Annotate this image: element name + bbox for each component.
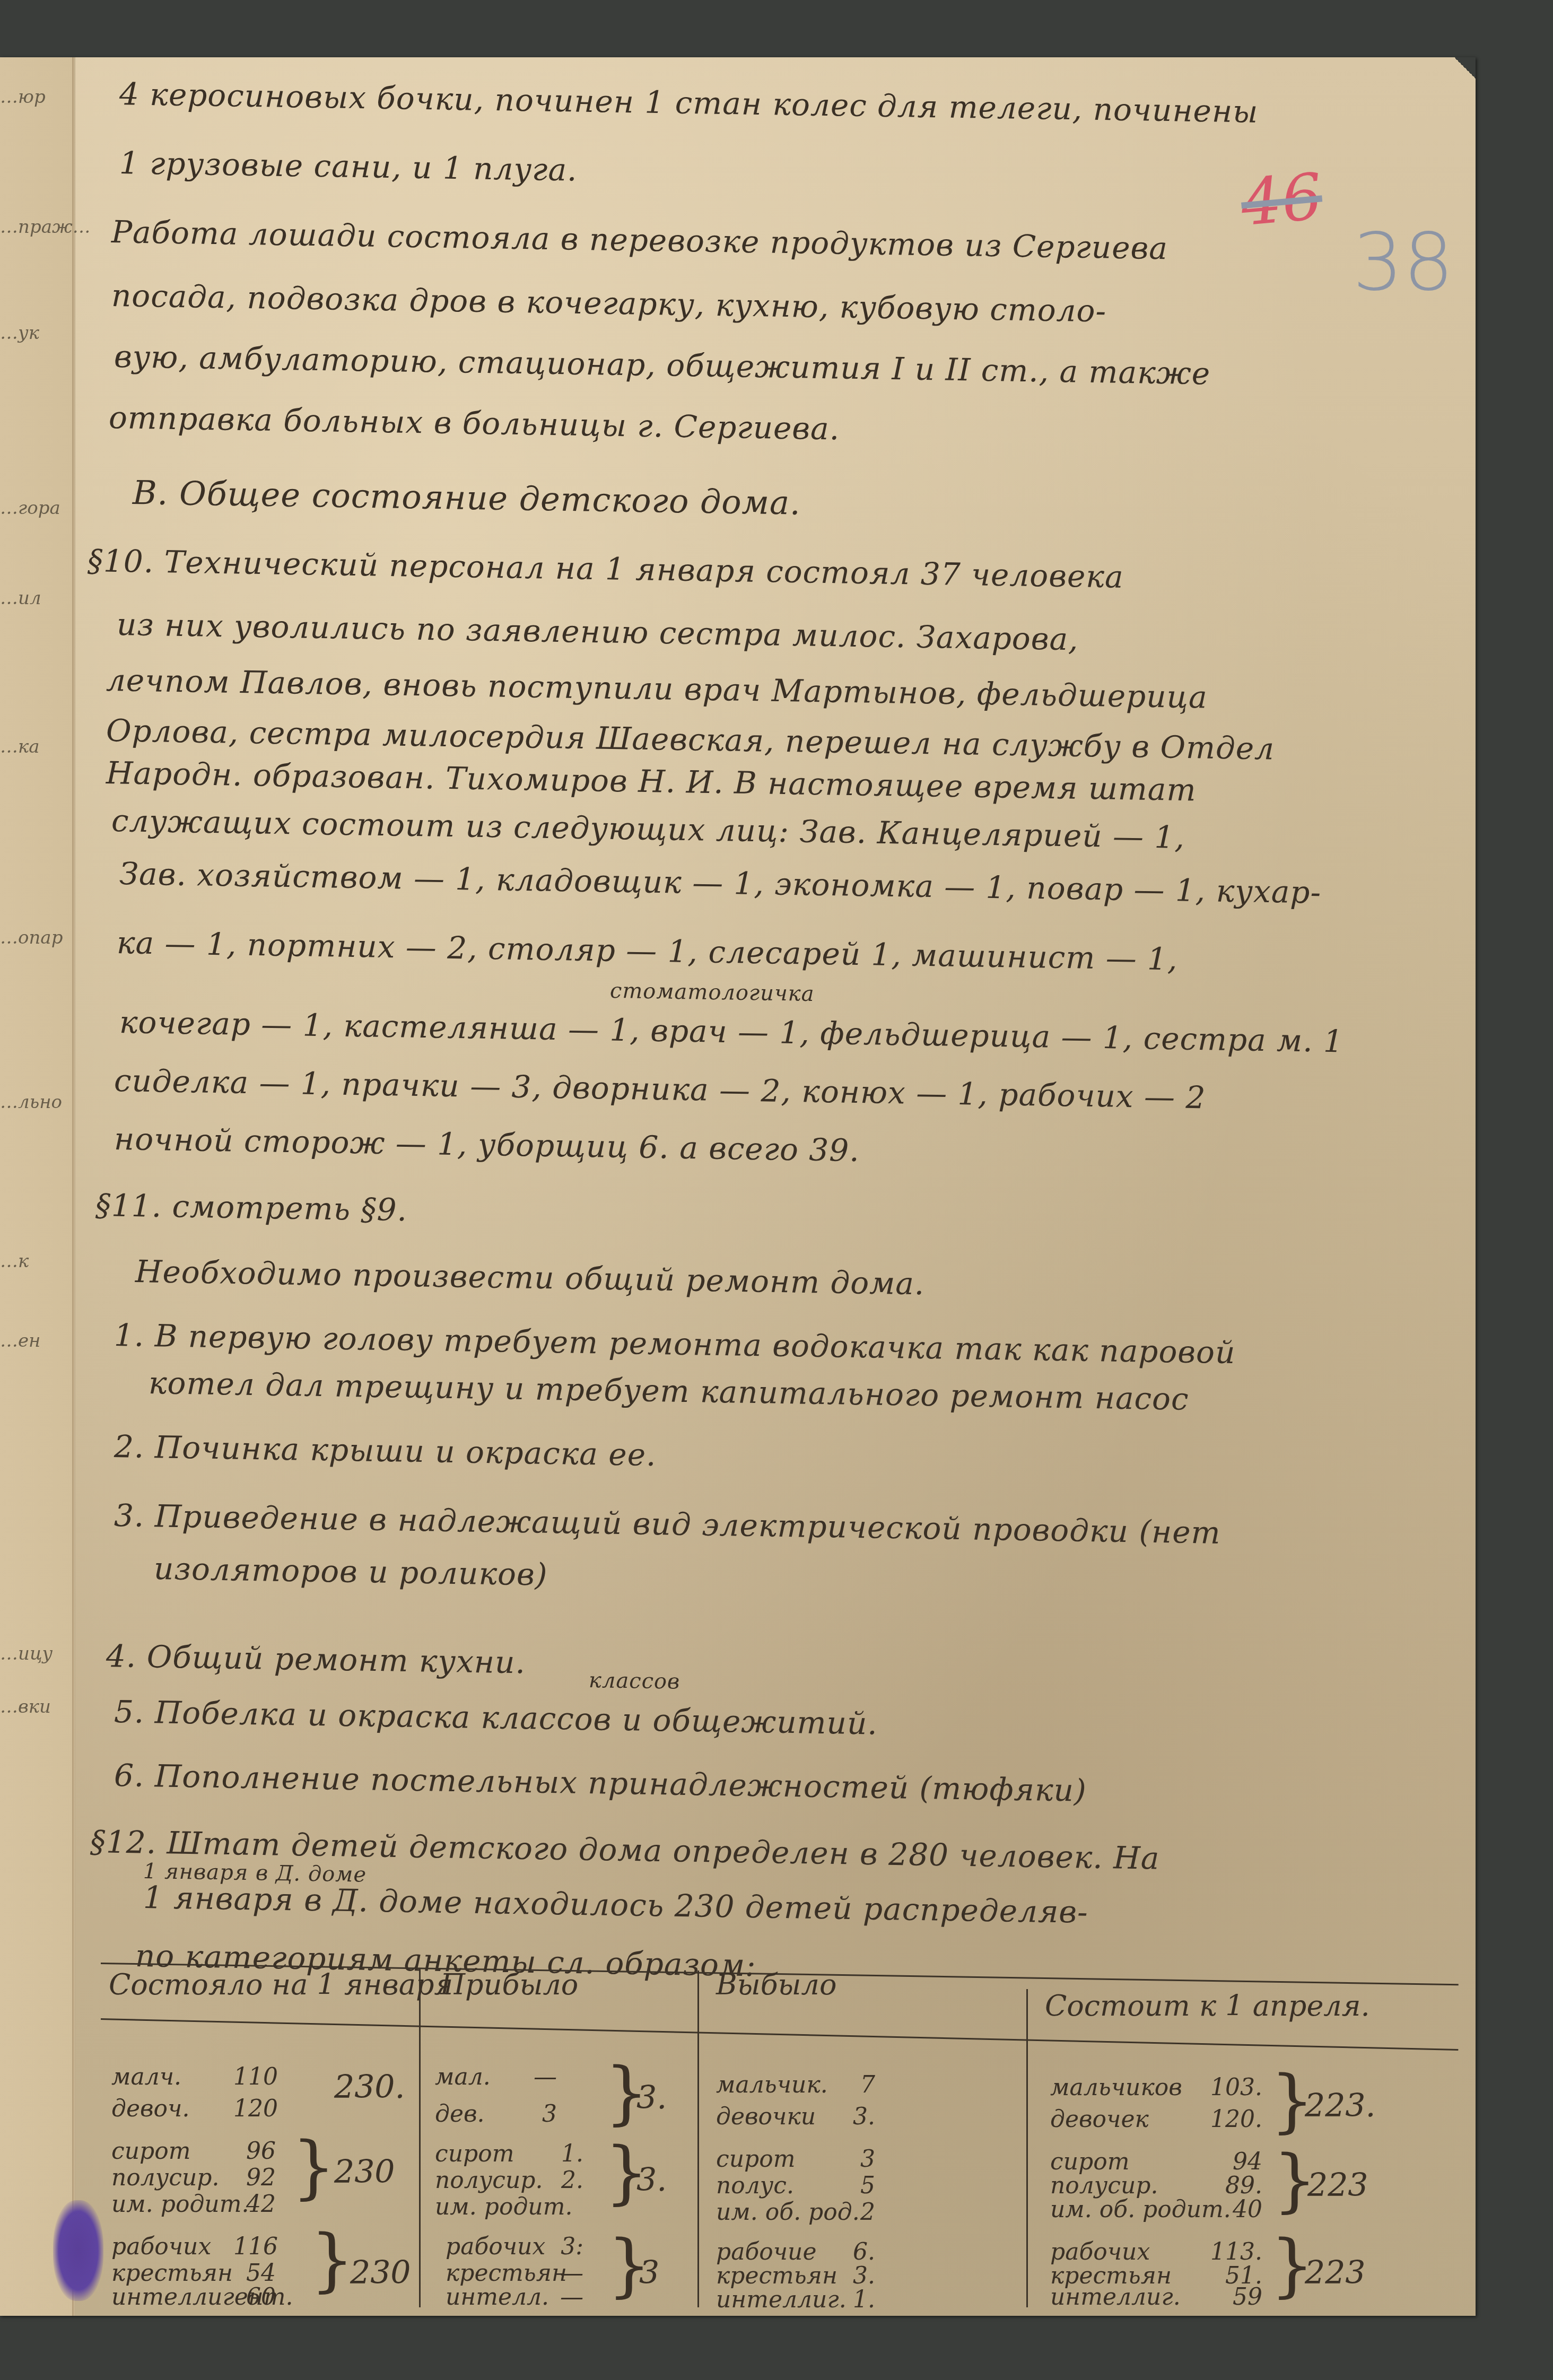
ink-stamp-blot [53, 2200, 103, 2301]
brace: } [310, 2225, 354, 2294]
margin-fragment: …гора [0, 498, 60, 519]
group-total: 3 [639, 2254, 659, 2291]
text-line: кочегар — 1, кастелянша — 1, врач — 1, ф… [119, 1007, 1344, 1057]
folio-number: 38 [1353, 216, 1454, 309]
table-header-line [101, 2018, 1458, 2051]
brace: } [292, 2132, 336, 2201]
inserted-word: стоматологичка [610, 980, 815, 1005]
group-total: 230 [334, 2154, 395, 2191]
table-row: сирот96 [111, 2138, 276, 2165]
text-line: лечпом Павлов, вновь поступили врач Март… [106, 665, 1208, 713]
header-arrived: Прибыло [440, 1968, 578, 2001]
margin-fragment: …льно [0, 1092, 62, 1113]
text-line: 4 керосиновых бочки, починен 1 стан коле… [119, 79, 1259, 127]
text-line: отправка больных в больницы г. Сергиева. [109, 402, 840, 444]
table-row: сирот94 [1050, 2148, 1262, 2175]
text-line: ка — 1, портних — 2, столяр — 1, слесаре… [117, 927, 1178, 974]
text-line: посада, подвозка дров в кочегарку, кухню… [111, 280, 1107, 326]
list-item: 1. В первую голову требует ремонта водок… [114, 1320, 1236, 1368]
table-row: интелл.— [446, 2283, 583, 2311]
margin-fragment: …ил [0, 588, 41, 609]
header-by-april: Состоит к 1 апреля. [1045, 1989, 1370, 2022]
list-item: 2. Починка крыши и окраска ее. [114, 1431, 657, 1470]
table-row: интеллиг.1. [716, 2286, 875, 2313]
table-row: мал.— [435, 2063, 557, 2090]
table-row: рабочих113. [1050, 2238, 1262, 2265]
text-line: Зав. хозяйством — 1, кладовщик — 1, экон… [119, 858, 1322, 908]
table-row: крестьян54 [111, 2260, 276, 2287]
list-item: 6. Пополнение постельных принадлежностей… [114, 1760, 1087, 1806]
page-fold [72, 57, 74, 2316]
margin-fragment: …праж… [0, 216, 91, 238]
adjacent-page-strip [0, 57, 75, 2316]
text-line: Работа лошади состояла в перевозке проду… [111, 216, 1168, 264]
text-line: Народн. образован. Тихомиров Н. И. В нас… [106, 757, 1197, 805]
table-row: им. родит.42 [111, 2191, 276, 2218]
table-row: им. родит. [435, 2193, 583, 2220]
margin-fragment: …ицу [0, 1643, 53, 1664]
table-row: мальчиков103. [1050, 2074, 1262, 2101]
text-line: из них уволились по заявлению сестра мил… [117, 609, 1079, 655]
table-row: крестьян— [446, 2260, 583, 2287]
group-total: 230. [334, 2069, 405, 2106]
margin-fragment: …ен [0, 1330, 41, 1352]
margin-fragment: …ка [0, 736, 40, 757]
table-row: рабочие6. [716, 2238, 875, 2265]
list-item: 4. Общий ремонт кухни. [106, 1641, 526, 1678]
text-line: сиделка — 1, прачки — 3, дворника — 2, к… [114, 1065, 1206, 1113]
children-count-table: Состояло на 1 января Прибыло Выбыло Сост… [101, 1957, 1459, 2307]
column-divider [419, 1968, 421, 2307]
text-line: 1 января в Д. доме находилось 230 детей … [143, 1882, 1089, 1928]
table-row: полусир.92 [111, 2164, 276, 2191]
table-row: девоч.120 [111, 2095, 276, 2122]
group-total: 223. [1305, 2087, 1376, 2124]
group-total: 3. [636, 2161, 667, 2199]
table-row: мальчик.7 [716, 2071, 875, 2098]
text-line: котел дал трещину и требует капитального… [149, 1367, 1189, 1415]
paragraph-11: §11. смотреть §9. [95, 1190, 408, 1225]
table-row: крестьян3. [716, 2262, 875, 2289]
table-row: им. об. родит.40 [1050, 2196, 1262, 2223]
text-line: Орлова, сестра милосердия Шаевская, пере… [106, 715, 1275, 764]
paragraph-10: §10. Технический персонал на 1 января со… [88, 545, 1124, 592]
table-row: интеллиг.59 [1050, 2283, 1262, 2311]
folio-number-old: 46 [1238, 160, 1325, 241]
margin-fragment: …опар [0, 927, 63, 948]
header-departed: Выбыло [716, 1968, 837, 2001]
margin-fragment: …к [0, 1251, 29, 1272]
table-row: полусир.2. [435, 2167, 583, 2194]
text-line: служащих состоит из следующих лиц: Зав. … [111, 805, 1185, 853]
group-total: 223 [1307, 2167, 1368, 2204]
table-row: полусир.89. [1050, 2172, 1262, 2199]
group-total: 223 [1305, 2254, 1366, 2291]
margin-fragment: …вки [0, 1696, 51, 1718]
text-line: 1 грузовые сани, и 1 плуга. [119, 147, 578, 186]
table-row: сирот3 [716, 2146, 875, 2173]
section-heading: В. Общее состояние детского дома. [133, 476, 801, 520]
table-row: сирот1. [435, 2140, 583, 2167]
table-row: им. об. род.2 [716, 2199, 875, 2226]
text-line: вую, амбулаторию, стационар, общежития I… [114, 341, 1211, 389]
margin-fragment: …ук [0, 322, 39, 344]
table-row: рабочих3: [446, 2233, 583, 2260]
table-row: девочки3. [716, 2103, 875, 2130]
table-row: дев.3 [435, 2100, 557, 2128]
margin-fragment: …юр [0, 86, 46, 108]
list-item: 3. Приведение в надлежащий вид электриче… [114, 1500, 1221, 1548]
inserted-word: классов [589, 1670, 680, 1693]
column-divider [1026, 1989, 1028, 2307]
text-line: Необходимо произвести общий ремонт дома. [135, 1256, 925, 1299]
table-row: девочек120. [1050, 2106, 1262, 2133]
text-line: изоляторов и роликов) [154, 1553, 548, 1590]
group-total: 230 [350, 2254, 411, 2291]
page-corner [1454, 57, 1476, 79]
table-row: полус.5 [716, 2172, 875, 2199]
group-total: 3. [636, 2079, 667, 2116]
table-row: малч.110 [111, 2063, 276, 2090]
text-line: ночной сторож — 1, уборщиц 6. а всего 39… [114, 1123, 860, 1166]
column-divider [697, 1971, 699, 2307]
table-row: рабочих116 [111, 2233, 276, 2260]
header-start-jan: Состояло на 1 января [109, 1968, 453, 2001]
list-item: 5. Побелка и окраска классов и общежитий… [114, 1696, 878, 1739]
table-row: интеллигент.60 [111, 2283, 276, 2311]
